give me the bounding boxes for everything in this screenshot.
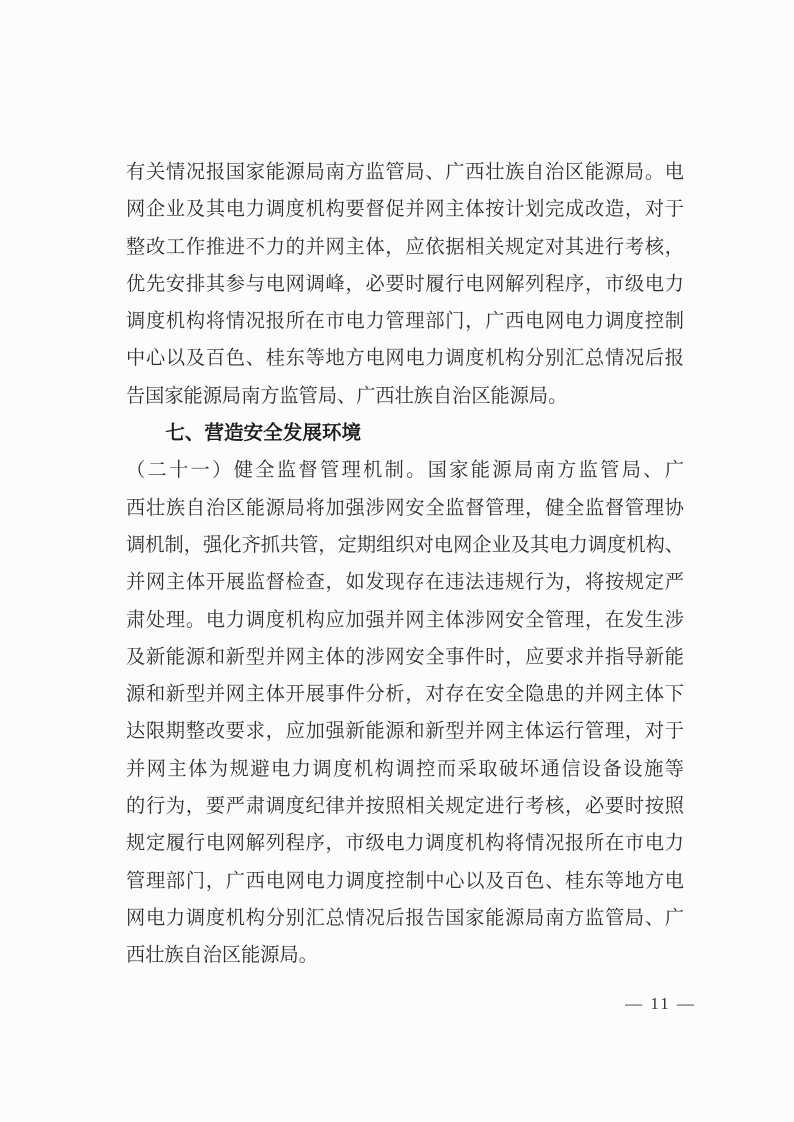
text-line: 告国家能源局南方监管局、广西壮族自治区能源局。	[126, 378, 684, 415]
text-line: 网企业及其电力调度机构要督促并网主体按计划完成改造，对于	[126, 191, 684, 228]
text-line: 管理部门，广西电网电力调度控制中心以及百色、桂东等地方电	[126, 863, 684, 900]
text-line: 的行为，要严肃调度纪律并按照相关规定进行考核，必要时按照	[126, 788, 684, 825]
scanned-document-page: { "page": { "number_label": "— 11 —", "b…	[0, 0, 794, 1122]
text-line: 调机制，强化齐抓共管，定期组织对电网企业及其电力调度机构、	[126, 527, 684, 564]
page-number: — 11 —	[625, 994, 696, 1014]
text-line: 有关情况报国家能源局南方监管局、广西壮族自治区能源局。电	[126, 154, 684, 191]
document-body: 有关情况报国家能源局南方监管局、广西壮族自治区能源局。电 网企业及其电力调度机构…	[126, 154, 684, 975]
text-line: 优先安排其参与电网调峰，必要时履行电网解列程序，市级电力	[126, 266, 684, 303]
text-line: 西壮族自治区能源局。	[126, 937, 684, 974]
text-line: 规定履行电网解列程序，市级电力调度机构将情况报所在市电力	[126, 825, 684, 862]
text-line: 源和新型并网主体开展事件分析，对存在安全隐患的并网主体下	[126, 676, 684, 713]
text-line: （二十一）健全监督管理机制。国家能源局南方监管局、广	[126, 452, 684, 489]
text-line: 整改工作推进不力的并网主体，应依据相关规定对其进行考核，	[126, 229, 684, 266]
text-line: 并网主体为规避电力调度机构调控而采取破坏通信设备设施等	[126, 751, 684, 788]
text-line: 网电力调度机构分别汇总情况后报告国家能源局南方监管局、广	[126, 900, 684, 937]
text-line: 达限期整改要求，应加强新能源和新型并网主体运行管理，对于	[126, 713, 684, 750]
section-heading: 七、营造安全发展环境	[126, 415, 684, 452]
text-line: 肃处理。电力调度机构应加强并网主体涉网安全管理，在发生涉	[126, 602, 684, 639]
text-line: 调度机构将情况报所在市电力管理部门，广西电网电力调度控制	[126, 303, 684, 340]
text-line: 及新能源和新型并网主体的涉网安全事件时，应要求并指导新能	[126, 639, 684, 676]
document-page: 有关情况报国家能源局南方监管局、广西壮族自治区能源局。电 网企业及其电力调度机构…	[0, 0, 794, 1122]
text-line: 西壮族自治区能源局将加强涉网安全监督管理，健全监督管理协	[126, 490, 684, 527]
text-line: 中心以及百色、桂东等地方电网电力调度机构分别汇总情况后报	[126, 340, 684, 377]
text-line: 并网主体开展监督检查，如发现存在违法违规行为，将按规定严	[126, 564, 684, 601]
